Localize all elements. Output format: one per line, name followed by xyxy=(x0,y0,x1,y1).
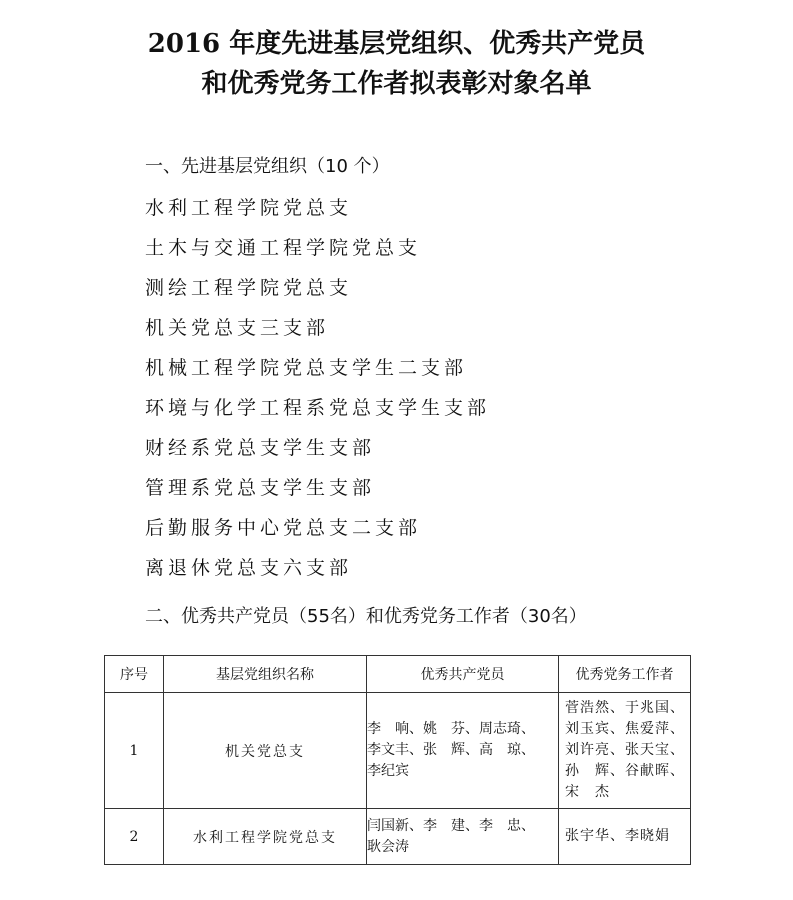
list-item: 机关党总支三支部 xyxy=(145,313,490,353)
list-item: 离退休党总支六支部 xyxy=(145,553,490,593)
advanced-organization-list: 水利工程学院党总支 土木与交通工程学院党总支 测绘工程学院党总支 机关党总支三支… xyxy=(145,193,490,593)
list-item: 机械工程学院党总支学生二支部 xyxy=(145,353,490,393)
cell-number: 2 xyxy=(105,809,164,865)
list-item: 测绘工程学院党总支 xyxy=(145,273,490,313)
list-item: 管理系党总支学生支部 xyxy=(145,473,490,513)
document-title-line-1: 2016 年度先进基层党组织、优秀共产党员 xyxy=(0,26,793,62)
column-header-number: 序号 xyxy=(105,656,164,693)
list-item: 财经系党总支学生支部 xyxy=(145,433,490,473)
cell-organization: 机关党总支 xyxy=(164,693,367,809)
section-heading-excellent-members: 二、优秀共产党员（55名）和优秀党务工作者（30名） xyxy=(145,604,587,630)
cell-excellent-workers: 菅浩然、于兆国、 刘玉宾、焦爱萍、 刘许亮、张天宝、 孙 辉、谷献晖、 宋 杰 xyxy=(559,693,691,809)
table-header-row: 序号 基层党组织名称 优秀共产党员 优秀党务工作者 xyxy=(105,656,691,693)
cell-excellent-workers: 张宇华、李晓娟 xyxy=(559,809,691,865)
list-item: 后勤服务中心党总支二支部 xyxy=(145,513,490,553)
cell-organization: 水利工程学院党总支 xyxy=(164,809,367,865)
table-row: 1 机关党总支 李 响、姚 芬、周志琦、 李文丰、张 辉、高 琼、 李纪宾 菅浩… xyxy=(105,693,691,809)
column-header-excellent-workers: 优秀党务工作者 xyxy=(559,656,691,693)
cell-excellent-members: 闫国新、李 建、李 忠、 耿会涛 xyxy=(367,809,559,865)
list-item: 环境与化学工程系党总支学生支部 xyxy=(145,393,490,433)
list-item: 土木与交通工程学院党总支 xyxy=(145,233,490,273)
cell-number: 1 xyxy=(105,693,164,809)
table-row: 2 水利工程学院党总支 闫国新、李 建、李 忠、 耿会涛 张宇华、李晓娟 xyxy=(105,809,691,865)
document-title-line-2: 和优秀党务工作者拟表彰对象名单 xyxy=(0,66,793,102)
section-heading-advanced-organizations: 一、先进基层党组织（10 个） xyxy=(145,154,390,180)
cell-excellent-members: 李 响、姚 芬、周志琦、 李文丰、张 辉、高 琼、 李纪宾 xyxy=(367,693,559,809)
honors-table: 序号 基层党组织名称 优秀共产党员 优秀党务工作者 1 机关党总支 李 响、姚 … xyxy=(104,655,691,865)
column-header-organization: 基层党组织名称 xyxy=(164,656,367,693)
list-item: 水利工程学院党总支 xyxy=(145,193,490,233)
column-header-excellent-members: 优秀共产党员 xyxy=(367,656,559,693)
